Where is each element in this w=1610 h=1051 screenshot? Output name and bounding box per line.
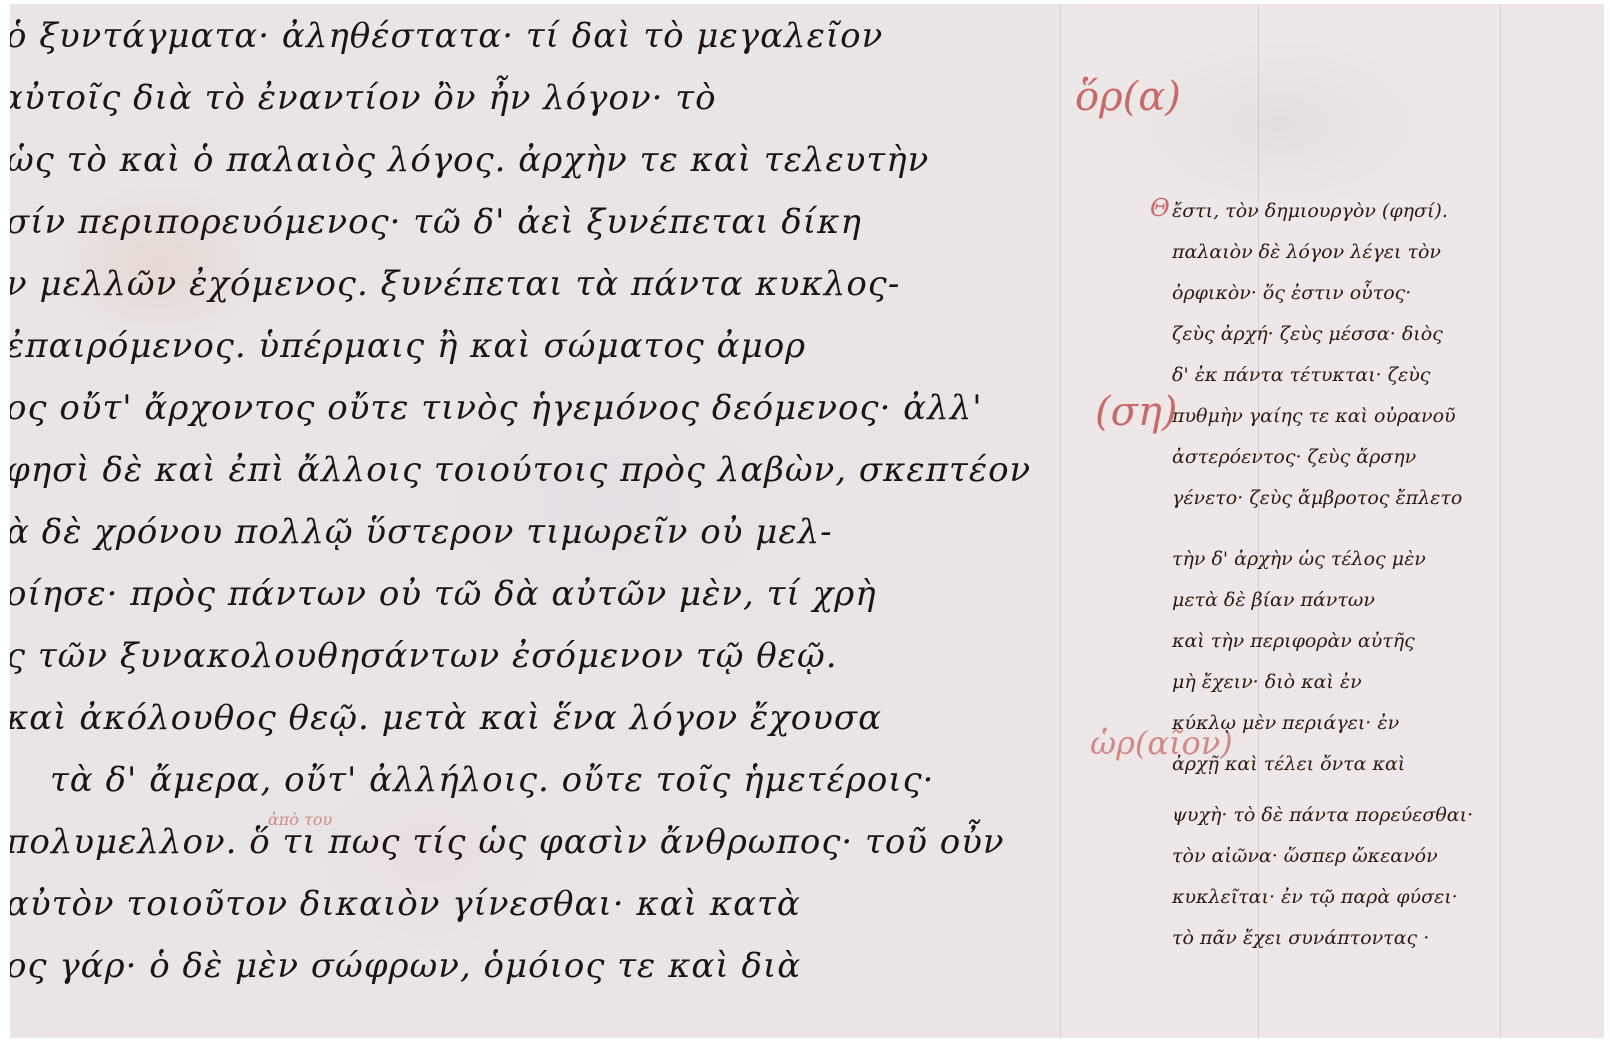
text-line: ὰ δὲ χρόνου πολλῷ ὕστερον τιμωρεῖν οὐ με…: [10, 512, 833, 552]
text-line: καὶ ἀκόλουθος θεῷ. μετὰ καὶ ἕνα λόγον ἔχ…: [10, 698, 882, 738]
scholia-line: κύκλῳ μὲν περιάγει· ἐν: [1172, 712, 1399, 734]
manuscript-photo: ὁ ξυντάγματα· ἀληθέστατα· τί δαὶ τὸ μεγα…: [10, 4, 1604, 1038]
margin-rubric-2: (ση): [1095, 389, 1177, 435]
text-line: αὐτὸν τοιοῦτον δικαιὸν γίνεσθαι· καὶ κατ…: [10, 884, 801, 924]
margin-rubric-1: ὅρ(α): [1075, 74, 1181, 120]
scholia-line: μετὰ δὲ βίαν πάντων: [1172, 589, 1375, 611]
text-line: ὡς τὸ καὶ ὁ παλαιὸς λόγος. ἀρχὴν τε καὶ …: [10, 140, 929, 180]
ruling-line-center: [1258, 4, 1259, 1038]
scholia-line: τὸ πᾶν ἔχει συνάπτοντας ·: [1172, 927, 1429, 949]
text-line: ν μελλῶν ἐχόμενος. ξυνέπεται τὰ πάντα κυ…: [10, 264, 900, 304]
text-line: πολυμελλον. ὅ τι πως τίς ὡς φασὶν ἄνθρωπ…: [10, 822, 1005, 862]
scholia-line: παλαιὸν δὲ λόγον λέγει τὸν: [1172, 241, 1441, 263]
text-line: οίησε· πρὸς πάντων οὐ τῶ δὰ αὐτῶν μὲν, τ…: [10, 574, 877, 614]
ruling-line-left: [1060, 4, 1061, 1038]
scholia-line: ζεὺς ἀρχή· ζεὺς μέσσα· διὸς: [1172, 323, 1443, 345]
scholia-line: ψυχὴ· τὸ δὲ πάντα πορεύεσθαι·: [1172, 804, 1473, 826]
scholia-line: ἀρχῇ καὶ τέλει ὄντα καὶ: [1172, 753, 1405, 775]
text-line: ος οὔτ' ἄρχοντος οὔτε τινὸς ἡγεμόνος δεό…: [10, 388, 983, 428]
scholia-line: γένετο· ζεὺς ἄμβροτος ἔπλετο: [1172, 487, 1462, 509]
text-line: ς τῶν ξυνακολουθησάντων ἐσόμενον τῷ θεῷ.: [10, 636, 838, 676]
scholia-line: πυθμὴν γαίης τε καὶ οὐρανοῦ: [1172, 405, 1456, 427]
margin-parchment: [1060, 4, 1604, 1038]
scholia-line: ἔστι, τὸν δημιουργὸν (φησί).: [1172, 200, 1448, 222]
text-line: σίν περιπορευόμενος· τῶ δ' ἀεὶ ξυνέπεται…: [10, 202, 862, 242]
text-line: τὰ δ' ἄμερα, οὔτ' ἀλλήλοις. οὔτε τοῖς ἡμ…: [50, 760, 934, 800]
text-line: ος γάρ· ὁ δὲ μὲν σώφρων, ὁμόιος τε καὶ δ…: [10, 946, 801, 986]
scholia-line: κυκλεῖται· ἐν τῷ παρὰ φύσει·: [1172, 886, 1458, 908]
scholia-line: τὴν δ' ἀρχὴν ὡς τέλος μὲν: [1172, 548, 1426, 570]
ruling-line-right: [1500, 4, 1501, 1038]
scholia-line: μὴ ἔχειν· διὸ καὶ ἐν: [1172, 671, 1362, 693]
scholia-line: καὶ τὴν περιφορὰν αὐτῆς: [1172, 630, 1415, 652]
interlinear-red-note: ἀπὸ του: [268, 810, 332, 829]
text-line: αὐτοῖς διὰ τὸ ἐναντίον ὂν ἦν λόγον· τὸ: [10, 78, 717, 118]
scholia-line: ἀστερόεντος· ζεὺς ἄρσην: [1172, 446, 1416, 468]
scholia-line: δ' ἐκ πάντα τέτυκται· ζεὺς: [1172, 364, 1430, 386]
text-line: ὁ ξυντάγματα· ἀληθέστατα· τί δαὶ τὸ μεγα…: [10, 16, 883, 56]
red-initial: Θ: [1150, 194, 1170, 222]
text-line: ἐπαιρόμενος. ὑπέρμαις ἢ καὶ σώματος ἀμορ: [10, 326, 806, 366]
scholia-line: ὀρφικὸν· ὅς ἐστιν οὗτος·: [1172, 282, 1411, 304]
text-line: φησὶ δὲ καὶ ἐπὶ ἄλλοις τοιούτοις πρὸς λα…: [10, 450, 1031, 490]
scholia-line: τὸν αἰῶνα· ὥσπερ ὤκεανόν: [1172, 845, 1438, 867]
